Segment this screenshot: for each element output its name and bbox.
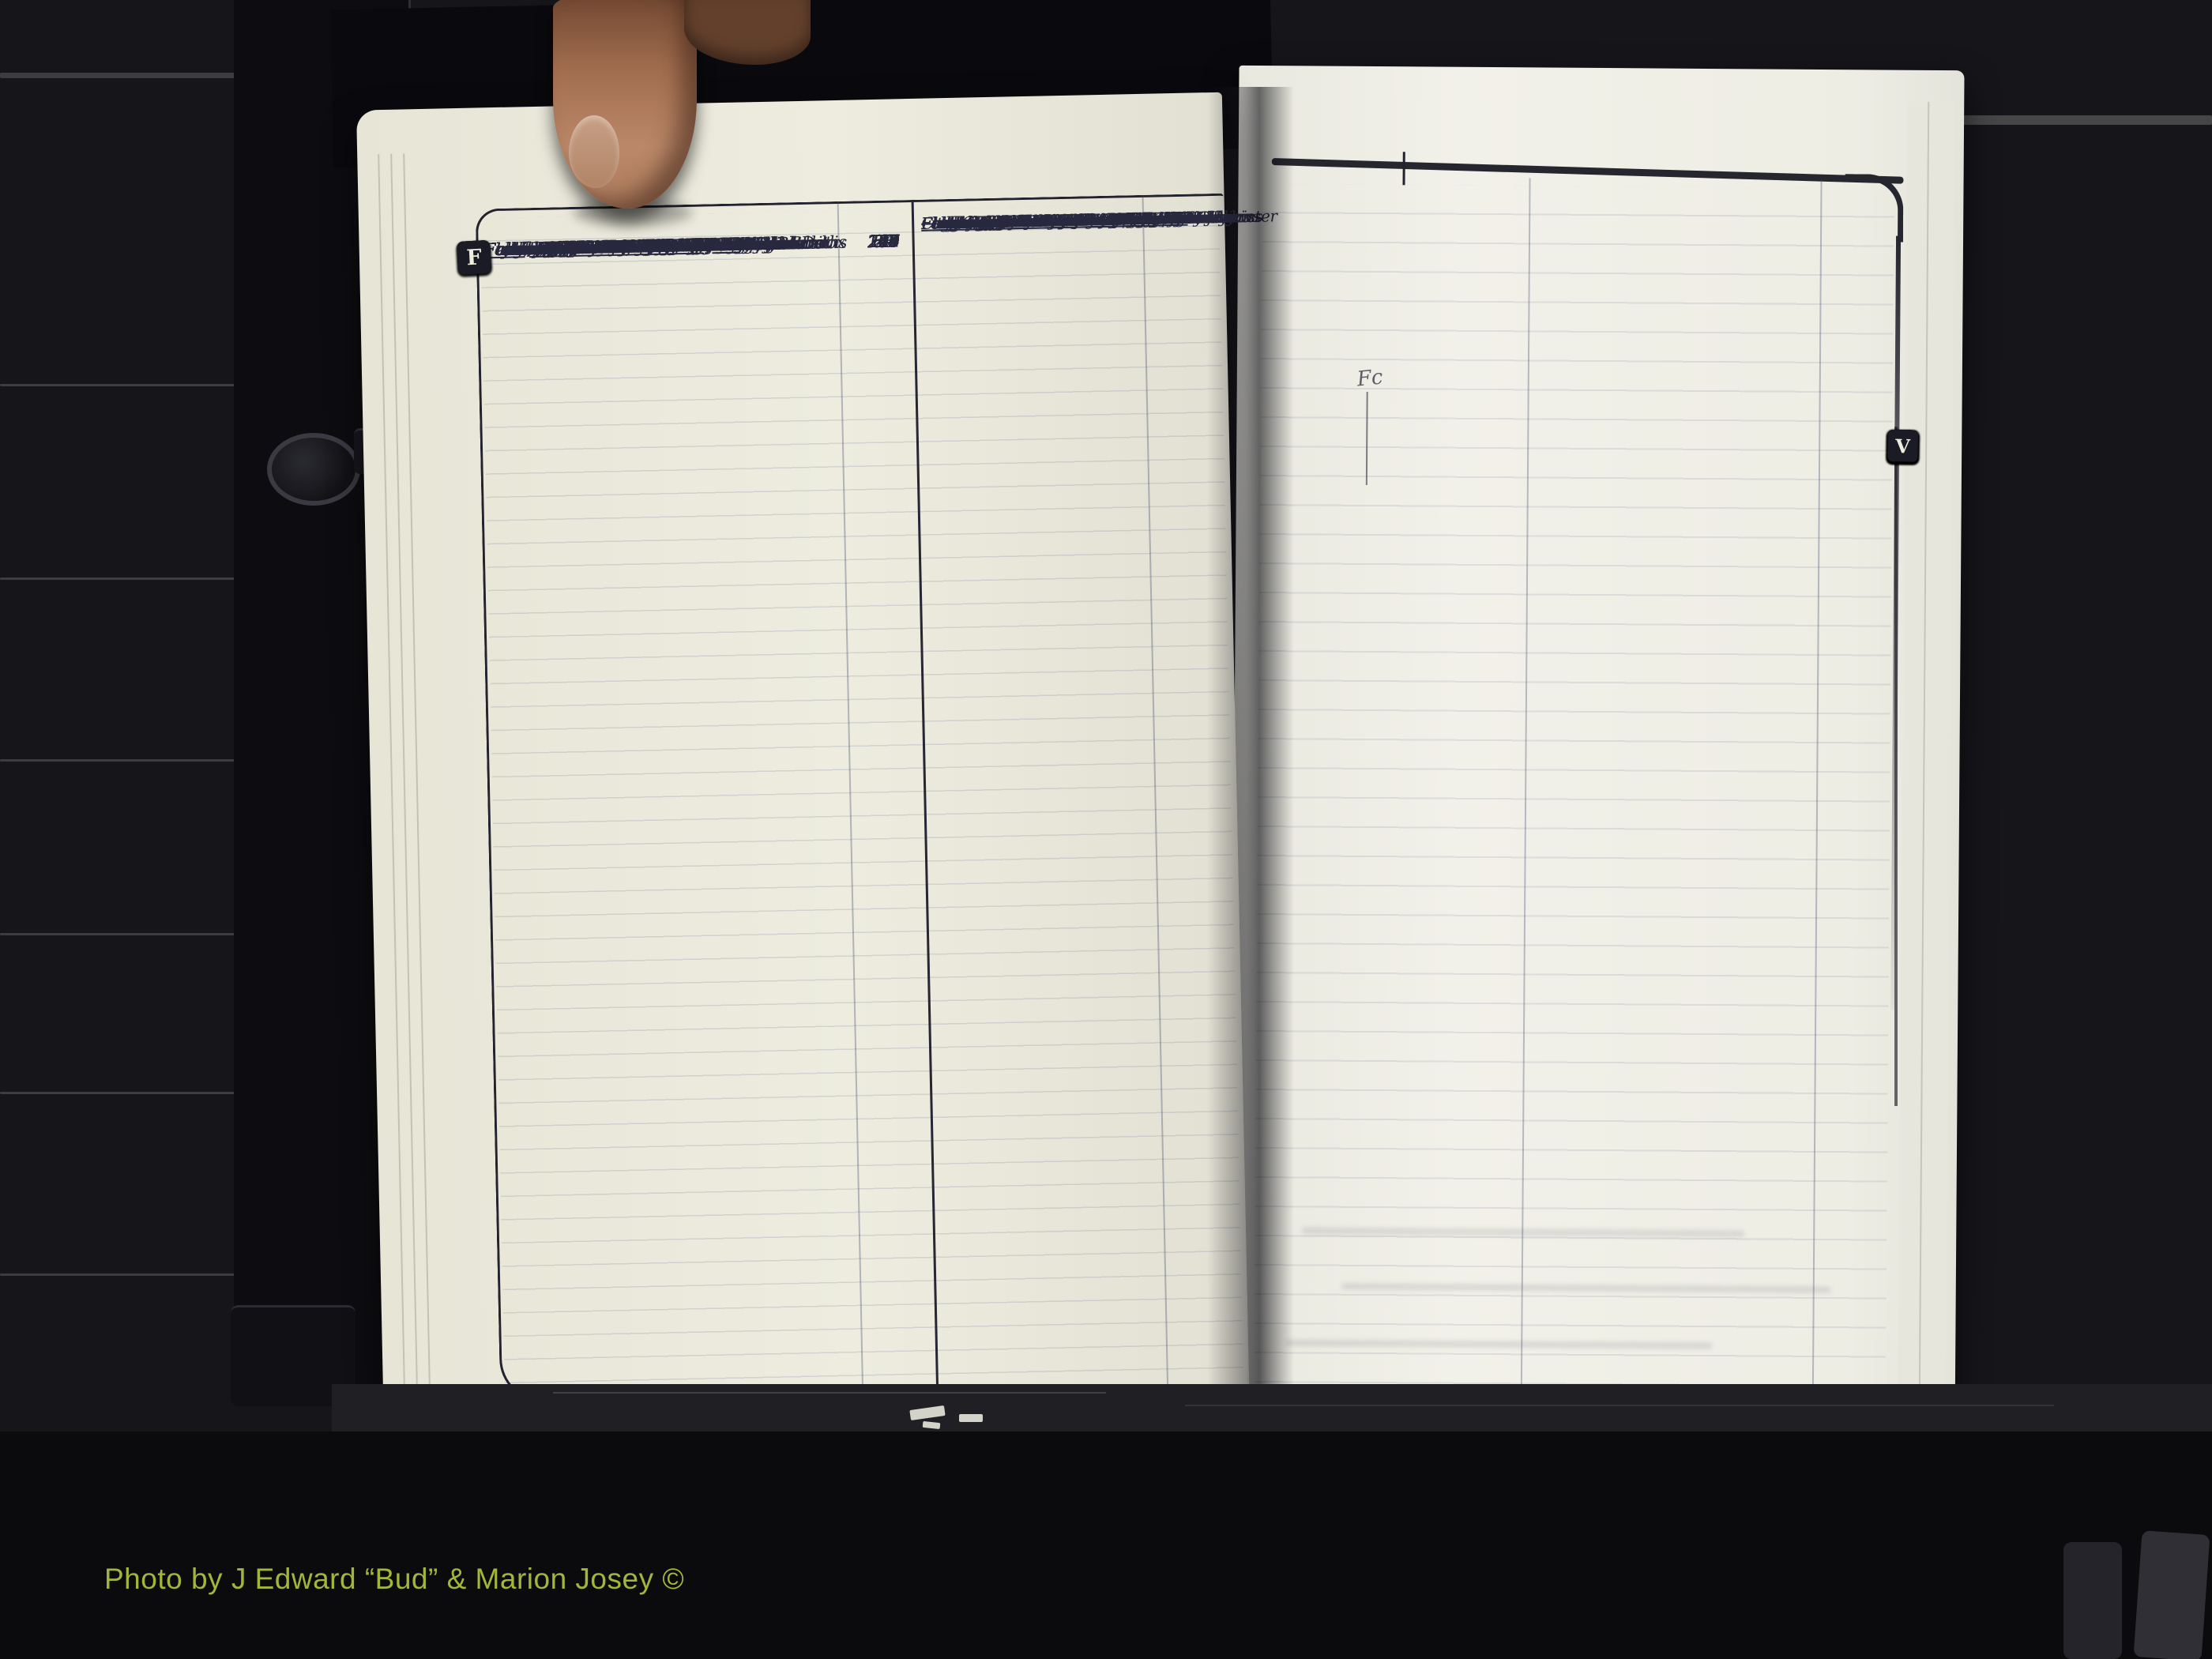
ruled-lines <box>1253 184 1894 1532</box>
table-leg <box>2134 1530 2210 1659</box>
table-leg <box>2063 1542 2122 1659</box>
page-edge-line <box>390 154 420 1521</box>
stand-slat-line <box>0 1273 237 1276</box>
page-edge-line <box>403 153 433 1520</box>
finger <box>553 0 697 209</box>
shelf-scratch <box>1185 1405 2054 1406</box>
floor-shadow <box>0 1431 2212 1659</box>
entry-page-number: 299 <box>852 231 915 253</box>
tab-strip-edge <box>1894 427 1898 1106</box>
photo-of-ledger-book: Fc Finney, Jesse & Mariah Howard23Field,… <box>0 0 2212 1659</box>
entry-page-number: 532 <box>1153 208 1202 228</box>
stand-slat-line <box>0 759 237 762</box>
index-tab-f: F <box>457 240 491 275</box>
watermark: Photo by J Edward “Bud” & Marion Josey © <box>104 1563 684 1596</box>
ink-mark: Fc <box>1356 365 1383 391</box>
stand-slat-line <box>0 933 237 935</box>
stand-slat-line <box>0 577 237 580</box>
right-page: Fc <box>1228 66 1964 1552</box>
fingernail <box>569 115 619 188</box>
stand-slat-line <box>0 384 237 386</box>
left-page: Finney, Jesse & Mariah Howard23Field, Sc… <box>356 92 1252 1552</box>
paint-chip <box>959 1414 983 1422</box>
page-edge-line <box>378 154 408 1521</box>
photocopy-corner-border <box>1845 174 1904 243</box>
photocopy-top-border <box>1272 158 1904 184</box>
stand-slat-line <box>0 1092 237 1094</box>
ink-tick-mark <box>1403 152 1405 185</box>
page-edge-strip <box>1898 102 1955 1524</box>
index-tab-v: V <box>1887 430 1918 462</box>
stand-knob <box>267 433 360 506</box>
book-gutter-shadow <box>1207 87 1294 1548</box>
shelf-scratch <box>553 1392 1106 1394</box>
ledger-frame <box>476 194 1248 1404</box>
